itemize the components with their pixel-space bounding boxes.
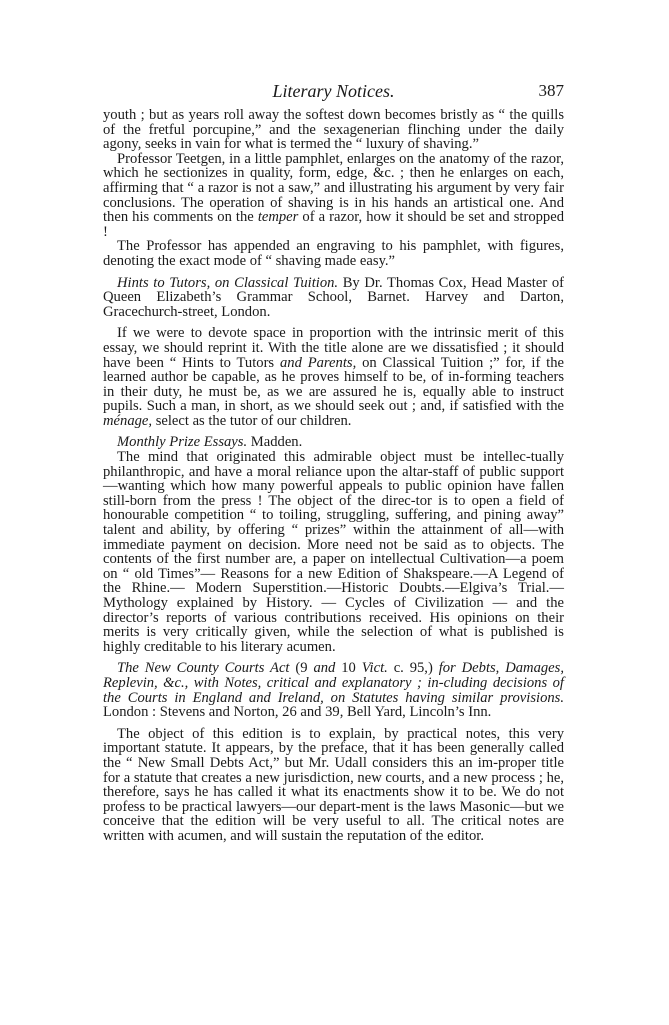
text-run: c. 95,) [388,660,439,676]
paragraph-p7: The mind that originated this admirable … [103,450,564,654]
section-title: Literary Notices. [103,84,564,99]
text-run: youth ; but as years roll away the softe… [103,107,564,152]
text-run: select as the tutor of our children. [152,413,351,429]
paragraph-p2: Professor Teetgen, in a little pamphlet,… [103,152,564,240]
text-run: (9 [289,660,313,676]
paragraph-p3: The Professor has appended an engraving … [103,239,564,268]
italic-text: and [313,660,335,676]
paragraph-p1: youth ; but as years roll away the softe… [103,108,564,152]
text-run: The Professor has appended an engraving … [103,238,564,269]
paragraph-p5: If we were to devote space in proportion… [103,326,564,428]
document-page: Literary Notices. 387 youth ; but as yea… [103,84,564,844]
italic-text: ménage, [103,413,152,429]
italic-text: Monthly Prize Essays. [117,434,247,450]
paragraph-p6: Monthly Prize Essays. Madden. [103,435,564,450]
paragraph-p8: The New County Courts Act (9 and 10 Vict… [103,661,564,719]
text-run: The mind that originated this admirable … [103,449,564,655]
italic-text: temper [258,209,299,225]
paragraph-p9: The object of this edition is to explain… [103,727,564,844]
text-run: 10 [335,660,361,676]
italic-text: Vict. [362,660,388,676]
body-text: youth ; but as years roll away the softe… [103,108,564,844]
text-run: Madden. [247,434,302,450]
running-header: Literary Notices. 387 [103,84,564,106]
italic-text: and Parents, [280,355,356,371]
page-number: 387 [539,84,565,99]
text-run: London : Stevens and Norton, 26 and 39, … [103,704,491,720]
italic-text: The New County Courts Act [117,660,289,676]
italic-text: Hints to Tutors, on Classical Tuition. [117,275,338,291]
paragraph-p4: Hints to Tutors, on Classical Tuition. B… [103,276,564,320]
text-run: The object of this edition is to explain… [103,726,564,844]
